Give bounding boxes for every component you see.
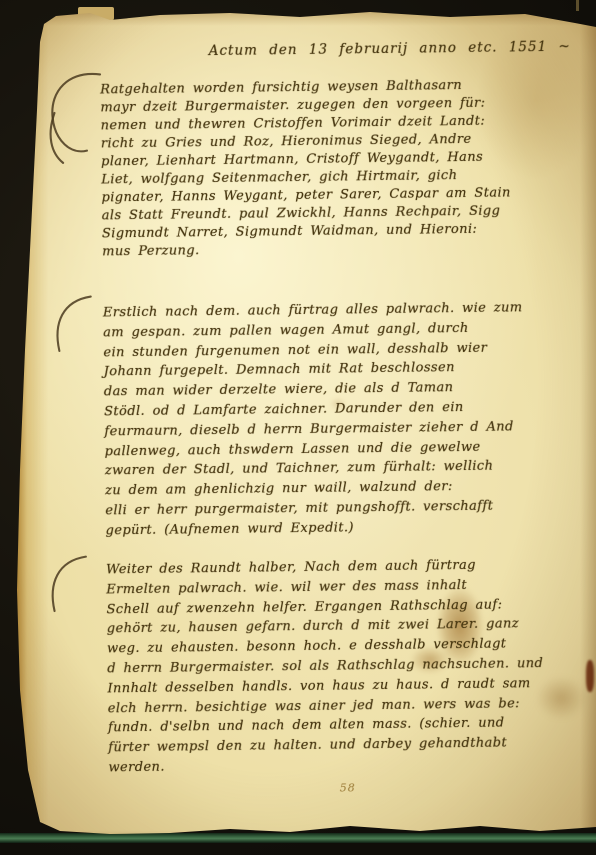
photo-backdrop: Actum den 13 februarij anno etc. 1551 ~ … [0,0,596,855]
handwritten-line: gepürt. (Aufnemen wurd Expedit.) [105,516,567,541]
flourish-swash-icon [44,553,93,618]
body-paragraph-1: Ratgehalten worden fursichtig weysen Bal… [100,76,564,262]
manuscript-page: Actum den 13 februarij anno etc. 1551 ~ … [0,0,596,855]
body-paragraph-3: Weiter des Raundt halber, Nach dem auch … [106,555,571,778]
body-paragraph-2: Erstlich nach dem. auch fürtrag alles pa… [103,298,568,541]
flourish-swash-icon [42,68,107,165]
handwriting-layer: Actum den 13 februarij anno etc. 1551 ~ … [0,0,596,855]
background-artifact [576,0,579,11]
flourish-swash-icon [49,292,98,357]
handwritten-line: werden. [108,753,570,778]
date-heading: Actum den 13 februarij anno etc. 1551 ~ [209,39,571,59]
folio-number: 58 [340,781,356,794]
table-green-stripe [0,833,596,843]
